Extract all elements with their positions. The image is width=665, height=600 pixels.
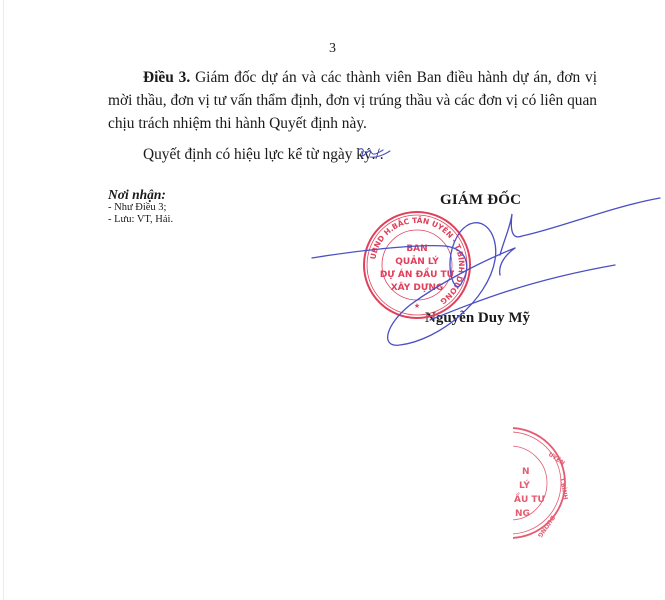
stamp-line: QUẢN LÝ xyxy=(395,255,439,267)
svg-text:N: N xyxy=(522,467,530,477)
signature-icon xyxy=(312,149,660,346)
stamp-line: DỰ ÁN ĐẦU TƯ xyxy=(380,267,455,280)
stamps-and-signature: UBND H.BẮC TÂN UYÊN - T.BÌNH DƯƠNG BAN Q… xyxy=(0,0,665,600)
partial-stamp: N LÝ ẦU TƯ NG UYÊN T.BÌNH DƯƠNG xyxy=(455,428,570,539)
stamp-line: XÂY DỰNG xyxy=(391,281,444,293)
svg-text:LÝ: LÝ xyxy=(519,479,530,491)
svg-text:DƯƠNG: DƯƠNG xyxy=(536,514,556,539)
svg-text:★: ★ xyxy=(414,302,420,310)
svg-text:NG: NG xyxy=(515,509,530,519)
svg-text:T.BÌNH: T.BÌNH xyxy=(558,477,570,500)
official-stamp: UBND H.BẮC TÂN UYÊN - T.BÌNH DƯƠNG BAN Q… xyxy=(364,212,470,318)
svg-text:ẦU TƯ: ẦU TƯ xyxy=(514,492,546,505)
